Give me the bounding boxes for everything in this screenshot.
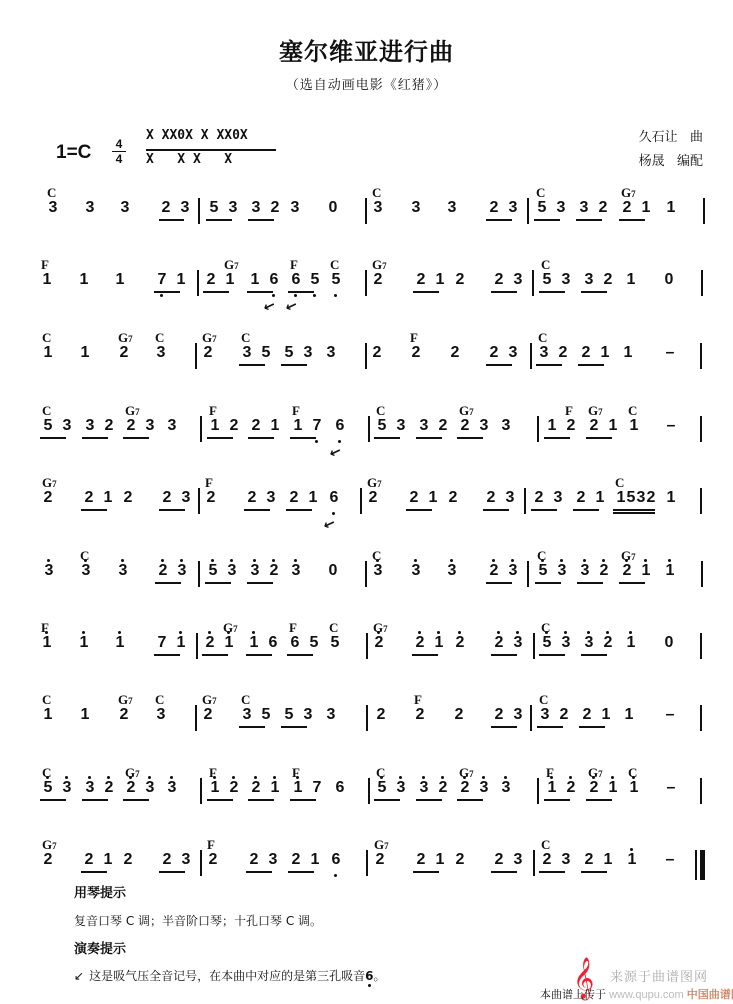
note: 3 <box>503 488 517 508</box>
note: 5C <box>41 416 55 436</box>
note: 3 <box>249 198 263 218</box>
rhythm-pattern-top: X XX0X X XX0X <box>146 128 248 143</box>
eighth-note-underline <box>586 437 612 439</box>
chord-symbol: C <box>372 549 381 563</box>
note: 3 <box>301 705 315 725</box>
note: 3 <box>178 198 192 218</box>
chord-symbol: G7 <box>118 693 133 708</box>
note: 5C <box>540 270 554 290</box>
barline <box>200 850 202 876</box>
high-octave-dot <box>232 776 235 779</box>
note: 1 <box>248 270 262 290</box>
chord-symbol: F <box>207 838 215 852</box>
note: 2 <box>580 705 594 725</box>
eighth-note-underline <box>586 799 612 801</box>
arranger: 杨晟 编配 <box>639 150 703 174</box>
eighth-note-underline <box>290 437 316 439</box>
eighth-note-underline <box>491 871 517 873</box>
note: 1C <box>627 778 641 798</box>
note: 1C <box>627 416 641 436</box>
note: 2G7 <box>373 850 387 870</box>
note: 1 <box>174 633 188 653</box>
barline <box>368 778 370 804</box>
low-octave-dot <box>272 294 275 297</box>
note: 3 <box>179 488 193 508</box>
note: 1 <box>432 633 446 653</box>
barline <box>700 343 702 369</box>
eighth-note-underline <box>539 291 565 293</box>
chord-symbol: G7 <box>125 404 140 419</box>
eighth-note-underline <box>491 654 517 656</box>
high-octave-dot <box>437 631 440 634</box>
note: 2G7 <box>124 778 138 798</box>
eighth-note-underline <box>486 582 512 584</box>
high-octave-dot <box>121 559 124 562</box>
note: 3 <box>511 705 525 725</box>
barline <box>703 198 705 224</box>
low-octave-dot <box>313 294 316 297</box>
eighth-note-underline <box>576 219 602 221</box>
chord-symbol: F <box>209 766 217 780</box>
high-octave-dot <box>418 631 421 634</box>
note: 2 <box>374 705 388 725</box>
note: 2 <box>448 343 462 363</box>
note: 3 <box>445 198 459 218</box>
note: 3 <box>266 850 280 870</box>
eighth-note-underline <box>483 509 509 511</box>
eighth-note-underline <box>286 509 312 511</box>
eighth-note-underline <box>159 509 185 511</box>
note: 3C <box>46 198 60 218</box>
eighth-note-underline <box>537 726 563 728</box>
performance-text: ↙ 这是吸气压全音记号，在本曲中对应的是第三孔吸音6。 <box>74 965 386 984</box>
note: 3 <box>559 270 573 290</box>
note: 1 <box>593 488 607 508</box>
note: 1 <box>598 343 612 363</box>
note: 1 <box>663 561 677 581</box>
low-octave-dot <box>294 294 297 297</box>
eighth-note-underline <box>248 219 274 221</box>
chord-symbol: F <box>410 331 418 345</box>
note: 2G7 <box>620 198 634 218</box>
barline <box>198 198 200 224</box>
eighth-note-underline <box>491 291 517 293</box>
note: 1F <box>40 633 54 653</box>
barline <box>700 705 702 731</box>
eighth-note-underline <box>578 364 604 366</box>
eighth-note-underline <box>159 219 184 221</box>
low-octave-dot <box>315 440 318 443</box>
high-octave-dot <box>560 559 563 562</box>
note: 2G7 <box>620 561 634 581</box>
eighth-note-underline <box>486 219 512 221</box>
note: – <box>664 416 678 436</box>
note: 7 <box>310 778 324 798</box>
high-octave-dot <box>504 776 507 779</box>
note: 2 <box>487 561 501 581</box>
eighth-note-underline <box>535 582 561 584</box>
note: 5C <box>41 778 55 798</box>
note: 2F <box>413 705 427 725</box>
note: 2F <box>206 850 220 870</box>
low-six-note: 6 <box>365 969 373 983</box>
note: 2 <box>492 705 506 725</box>
sixteenth-note-underline <box>613 509 655 511</box>
page-subtitle: （选自动画电影《红猪》） <box>0 74 733 93</box>
high-octave-dot <box>82 631 85 634</box>
chord-symbol: C <box>537 549 546 563</box>
note: 3 <box>559 633 573 653</box>
high-octave-dot <box>230 559 233 562</box>
high-octave-dot <box>179 631 182 634</box>
barline <box>537 416 539 442</box>
note: 0 <box>662 270 676 290</box>
note: 2G7 <box>201 343 215 363</box>
note: 1 <box>625 850 639 870</box>
note: 2 <box>452 705 466 725</box>
note: 3 <box>417 778 431 798</box>
chord-symbol: G7 <box>118 331 133 346</box>
barline <box>366 850 368 876</box>
high-octave-dot <box>254 776 257 779</box>
chord-symbol: G7 <box>42 838 57 853</box>
note: 2G7 <box>124 416 138 436</box>
note: 3 <box>417 416 431 436</box>
score-row: 5C3322G7331F2211F76↙5C3322G73312F2G711C– <box>0 408 733 468</box>
chord-symbol: C <box>541 258 550 272</box>
note: 0 <box>326 561 340 581</box>
score-row: 1C12G73C2G73C553322F2233C2211– <box>0 697 733 757</box>
note: 2 <box>436 416 450 436</box>
note: 2 <box>492 850 506 870</box>
chord-symbol: F <box>41 258 49 272</box>
note: 2 <box>227 416 241 436</box>
note: 3C <box>154 343 168 363</box>
rhythm-pattern-divider <box>146 149 276 151</box>
note: 1 <box>78 343 92 363</box>
note: – <box>664 778 678 798</box>
eighth-note-underline <box>159 871 185 873</box>
note: – <box>663 705 677 725</box>
barline <box>365 198 367 224</box>
high-octave-dot <box>47 559 50 562</box>
score-row: 5C3322G7331F2211F765C3322G7331F22G711C– <box>0 770 733 830</box>
eighth-note-underline <box>416 437 442 439</box>
note: 1 <box>621 343 635 363</box>
eighth-note-underline <box>544 437 570 439</box>
chord-symbol: F <box>565 404 573 418</box>
eighth-note-underline <box>290 799 316 801</box>
note: 2G7 <box>587 778 601 798</box>
note: 2 <box>582 850 596 870</box>
note: 3 <box>289 561 303 581</box>
note: 2 <box>601 633 615 653</box>
barline <box>365 343 367 369</box>
eighth-note-underline <box>288 291 314 293</box>
harmonica-text: 复音口琴 C 调；半音阶口琴；十孔口琴 C 调。 <box>74 910 322 929</box>
note: 1 <box>268 778 282 798</box>
note: 1C <box>41 705 55 725</box>
harmonica-heading: 用琴提示 <box>74 882 126 901</box>
note: 3C <box>371 561 385 581</box>
note: 3 <box>60 778 74 798</box>
eighth-note-underline <box>544 799 570 801</box>
note: 1 <box>601 850 615 870</box>
note: 3 <box>445 561 459 581</box>
chord-symbol: C <box>241 331 250 345</box>
eighth-note-underline <box>82 437 108 439</box>
eighth-note-underline <box>374 799 400 801</box>
chord-symbol: C <box>615 476 624 490</box>
chord-symbol: G7 <box>459 766 474 781</box>
high-octave-dot <box>148 776 151 779</box>
note: 3 <box>301 343 315 363</box>
eighth-note-underline <box>155 582 181 584</box>
high-octave-dot <box>644 559 647 562</box>
high-octave-dot <box>629 631 632 634</box>
note: 2 <box>159 198 173 218</box>
note: 3C <box>240 343 254 363</box>
barline <box>368 416 370 442</box>
note: – <box>663 850 677 870</box>
note: 1 <box>78 705 92 725</box>
eighth-note-underline <box>81 509 107 511</box>
note: 1 <box>433 850 447 870</box>
low-octave-dot <box>160 294 163 297</box>
chord-symbol: G7 <box>374 838 389 853</box>
note: 3 <box>477 778 491 798</box>
note: – <box>663 343 677 363</box>
note: 7 <box>155 633 169 653</box>
note: 1F <box>545 778 559 798</box>
high-octave-dot <box>516 631 519 634</box>
barline <box>530 705 532 731</box>
eighth-note-underline <box>154 291 180 293</box>
note: 3 <box>226 198 240 218</box>
eighth-note-underline <box>281 364 307 366</box>
chord-symbol: F <box>205 476 213 490</box>
barline <box>533 633 535 659</box>
eighth-note-underline <box>247 582 273 584</box>
eighth-note-underline <box>406 509 432 511</box>
note: 2G7 <box>117 705 131 725</box>
note: 3 <box>511 270 525 290</box>
note: 3 <box>477 416 491 436</box>
note: 3 <box>409 198 423 218</box>
note: 2 <box>556 343 570 363</box>
note: 1 <box>247 633 261 653</box>
sixteenth-note-underline <box>613 512 655 514</box>
note: 2 <box>484 488 498 508</box>
final-barline-thick <box>700 850 705 880</box>
barline <box>200 416 202 442</box>
note: 2 <box>596 198 610 218</box>
eighth-note-underline <box>40 799 66 801</box>
note: 2 <box>492 270 506 290</box>
score-row: 3C33235332303C33235C3322G711 <box>0 190 733 250</box>
note: 2G7 <box>201 705 215 725</box>
rhythm-pattern-bottom: X X X X <box>146 152 232 167</box>
chord-symbol: F <box>414 693 422 707</box>
note: 2F <box>409 343 423 363</box>
note: 3 <box>143 778 157 798</box>
note: 5C <box>540 633 554 653</box>
barline <box>366 633 368 659</box>
watermark-source: 来源于曲谱图网 <box>610 966 708 985</box>
chord-symbol: C <box>536 186 545 200</box>
eighth-note-underline <box>573 509 599 511</box>
note: 3 <box>165 416 179 436</box>
high-octave-dot <box>118 631 121 634</box>
eighth-note-underline <box>81 871 107 873</box>
eighth-note-underline <box>206 219 232 221</box>
high-octave-dot <box>602 559 605 562</box>
low-octave-dot <box>338 440 341 443</box>
chord-symbol: G7 <box>224 258 239 273</box>
note: 1 <box>606 778 620 798</box>
high-octave-dot <box>180 559 183 562</box>
note: 5C <box>329 270 343 290</box>
barline <box>701 561 703 587</box>
note: 1F <box>40 270 54 290</box>
eighth-note-underline <box>577 582 603 584</box>
high-octave-dot <box>414 559 417 562</box>
credits: 久石让 曲 杨晟 编配 <box>639 126 703 174</box>
note: 5C <box>328 633 342 653</box>
high-octave-dot <box>606 631 609 634</box>
breath-mark-icon: ↙ <box>261 298 277 315</box>
eighth-note-underline <box>457 437 483 439</box>
note: 2 <box>245 488 259 508</box>
note: 2 <box>644 488 658 508</box>
note: 2 <box>407 488 421 508</box>
barline <box>701 270 703 296</box>
chord-symbol: C <box>330 258 339 272</box>
chord-symbol: C <box>42 693 51 707</box>
chord-symbol: C <box>538 331 547 345</box>
chord-symbol: G7 <box>588 404 603 419</box>
note: 1 <box>664 198 678 218</box>
note: 3 <box>394 416 408 436</box>
high-octave-dot <box>170 776 173 779</box>
note: 2 <box>249 778 263 798</box>
key-signature: 1=C <box>56 142 91 164</box>
high-octave-dot <box>511 559 514 562</box>
note: 2 <box>160 850 174 870</box>
high-octave-dot <box>252 631 255 634</box>
note: 5 <box>282 343 296 363</box>
note: 3 <box>551 488 565 508</box>
high-octave-dot <box>482 776 485 779</box>
high-octave-dot <box>564 631 567 634</box>
note: 2 <box>597 561 611 581</box>
eighth-note-underline <box>581 871 607 873</box>
eighth-note-underline <box>287 654 313 656</box>
note: 3C <box>79 561 93 581</box>
chord-symbol: C <box>628 404 637 418</box>
chord-symbol: C <box>42 331 51 345</box>
note: 1 <box>639 198 653 218</box>
note: 3 <box>116 561 130 581</box>
chord-symbol: C <box>155 331 164 345</box>
note: 3 <box>324 343 338 363</box>
high-octave-dot <box>497 631 500 634</box>
final-barline-thin <box>695 850 697 880</box>
eighth-note-underline <box>281 726 307 728</box>
note: 3 <box>578 561 592 581</box>
eighth-note-underline <box>154 654 180 656</box>
note: 6↙ <box>333 416 347 436</box>
eighth-note-underline <box>619 582 645 584</box>
note: 1 <box>599 705 613 725</box>
barline <box>366 705 368 731</box>
eighth-note-underline <box>248 799 274 801</box>
note: 1F <box>208 778 222 798</box>
note: 3 <box>143 416 157 436</box>
score-row: 33C3235332303C33235C3322G711 <box>0 553 733 613</box>
note: 1 <box>77 270 91 290</box>
eighth-note-underline <box>82 799 108 801</box>
high-octave-dot <box>441 776 444 779</box>
note: 2 <box>247 850 261 870</box>
note: 1 <box>606 416 620 436</box>
note: 3 <box>288 198 302 218</box>
note: 1 <box>545 416 559 436</box>
eighth-note-underline <box>579 726 605 728</box>
high-octave-dot <box>208 631 211 634</box>
note: 2 <box>532 488 546 508</box>
note: 2G7 <box>372 633 386 653</box>
barline <box>195 705 197 731</box>
note: 2G7 <box>41 488 55 508</box>
barline <box>200 778 202 804</box>
note: 5 <box>259 343 273 363</box>
eighth-note-underline <box>539 654 565 656</box>
note: 3 <box>83 778 97 798</box>
chord-symbol: C <box>376 404 385 418</box>
note: 7 <box>310 416 324 436</box>
note: 1F <box>208 416 222 436</box>
eighth-note-underline <box>412 654 438 656</box>
eighth-note-underline <box>536 364 562 366</box>
chord-symbol: F <box>290 258 298 272</box>
note: 3 <box>83 198 97 218</box>
note: 2 <box>453 270 467 290</box>
high-octave-dot <box>630 848 633 851</box>
note: 2 <box>227 778 241 798</box>
eighth-note-underline <box>244 509 270 511</box>
high-octave-dot <box>450 559 453 562</box>
chord-symbol: C <box>541 838 550 852</box>
note: 3 <box>409 561 423 581</box>
note: 2G7 <box>587 416 601 436</box>
chord-symbol: G7 <box>367 476 382 491</box>
note: 6F↙ <box>289 270 303 290</box>
note: 3C <box>240 705 254 725</box>
barline <box>524 488 526 514</box>
note: 1F <box>291 416 305 436</box>
note: 1 <box>426 488 440 508</box>
breath-mark-icon: ↙ <box>321 516 337 533</box>
note: 3C <box>371 198 385 218</box>
barline <box>530 343 532 369</box>
note: 2 <box>268 198 282 218</box>
chord-symbol: G7 <box>42 476 57 491</box>
eighth-note-underline <box>247 291 273 293</box>
note: 2 <box>453 633 467 653</box>
eighth-note-underline <box>619 219 645 221</box>
high-octave-dot <box>569 776 572 779</box>
